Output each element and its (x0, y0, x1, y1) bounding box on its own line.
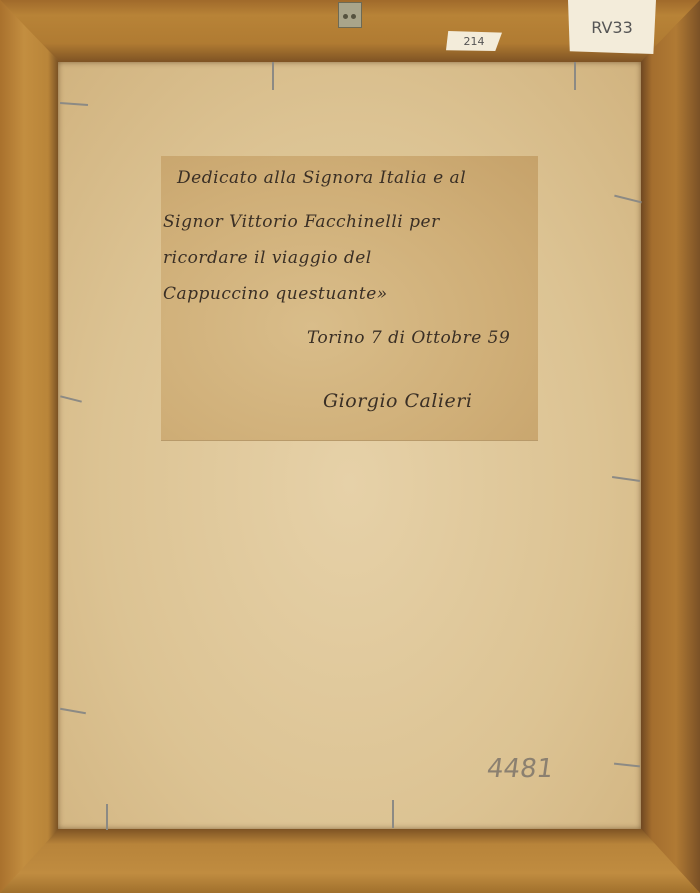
frame-bottom-bar (0, 828, 700, 893)
nail-icon (272, 62, 274, 90)
signature: Giorgio Calieri (323, 390, 472, 412)
frame-left-bar (0, 0, 60, 893)
dedication-line: Signor Vittorio Facchinelli per (163, 212, 440, 232)
corner-tag: RV33 (568, 0, 656, 54)
dedication-card: Dedicato alla Signora Italia e al Signor… (161, 156, 538, 441)
nail-icon (574, 62, 576, 90)
nail-icon (106, 804, 108, 830)
pencil-number: 4481 (485, 754, 555, 784)
dedication-date: Torino 7 di Ottobre 59 (307, 328, 510, 348)
nail-icon (392, 800, 394, 828)
dedication-line: Dedicato alla Signora Italia e al (177, 168, 466, 188)
hanging-hook-icon (338, 2, 362, 28)
inventory-tag: 214 (446, 31, 502, 51)
dedication-line: ricordare il viaggio del (163, 248, 372, 268)
frame-right-bar (640, 0, 700, 893)
dedication-line: Cappuccino questuante» (163, 284, 388, 304)
